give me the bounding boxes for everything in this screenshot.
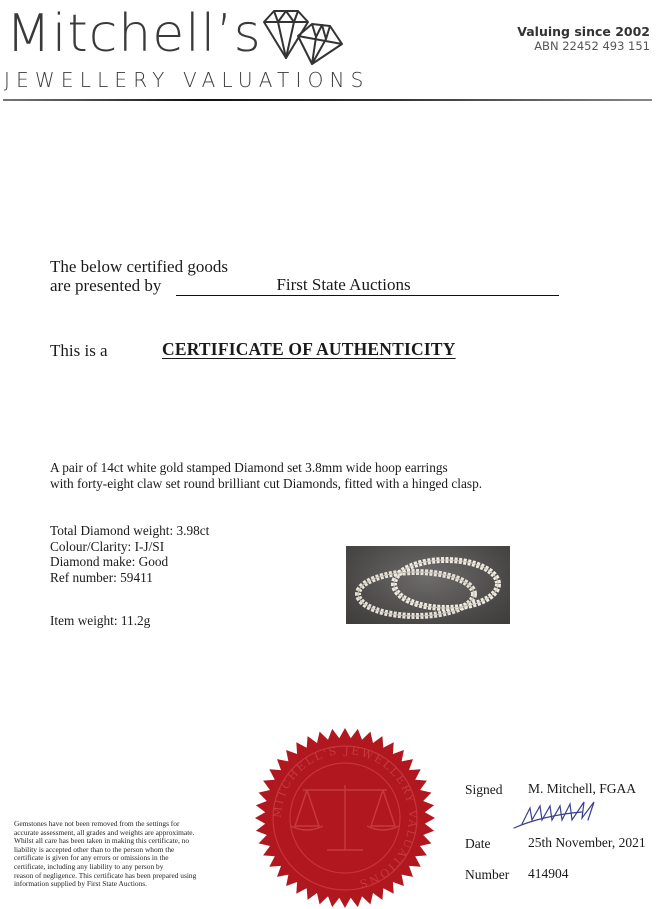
- presentation-line1: The below certified goods: [50, 257, 228, 276]
- abn-number: ABN 22452 493 151: [534, 39, 650, 53]
- presenter-field: First State Auctions: [176, 275, 559, 296]
- diamonds-icon: [256, 8, 348, 66]
- spec-diamond-make: Diamond make: Good: [50, 554, 209, 570]
- earrings-image: [346, 546, 510, 624]
- item-photo: [346, 546, 510, 624]
- signed-value: M. Mitchell, FGAA: [528, 781, 636, 797]
- disclaimer: Gemstones have not been removed from the…: [14, 820, 240, 889]
- brand-subtitle: JEWELLERY VALUATIONS: [4, 68, 370, 92]
- item-specs: Total Diamond weight: 3.98ct Colour/Clar…: [50, 523, 209, 585]
- signature-scribble: [512, 800, 607, 830]
- number-value: 414904: [528, 866, 569, 882]
- spec-ref-number: Ref number: 59411: [50, 570, 209, 586]
- description-line: with forty-eight claw set round brillian…: [50, 476, 482, 492]
- date-label: Date: [465, 836, 490, 852]
- item-weight: Item weight: 11.2g: [50, 613, 150, 629]
- spec-total-weight: Total Diamond weight: 3.98ct: [50, 523, 209, 539]
- number-label: Number: [465, 867, 509, 883]
- certificate-prefix: This is a: [50, 341, 108, 360]
- disclaimer-line: information supplied by First State Auct…: [14, 880, 240, 889]
- header-divider: [3, 99, 652, 101]
- seal-icon: MITCHELL'S JEWELLERY VALUATIONS: [248, 728, 442, 909]
- presenter-name: First State Auctions: [276, 275, 410, 294]
- spec-colour-clarity: Colour/Clarity: I-J/SI: [50, 539, 209, 555]
- date-value: 25th November, 2021: [528, 835, 646, 851]
- brand-name: Mitchell’s: [6, 6, 262, 62]
- signed-label: Signed: [465, 782, 503, 798]
- presentation-line2-prefix: are presented by: [50, 276, 161, 295]
- tagline: Valuing since 2002: [517, 24, 650, 39]
- item-description: A pair of 14ct white gold stamped Diamon…: [50, 460, 482, 492]
- description-line: A pair of 14ct white gold stamped Diamon…: [50, 460, 482, 476]
- certificate-title: CERTIFICATE OF AUTHENTICITY: [162, 339, 456, 360]
